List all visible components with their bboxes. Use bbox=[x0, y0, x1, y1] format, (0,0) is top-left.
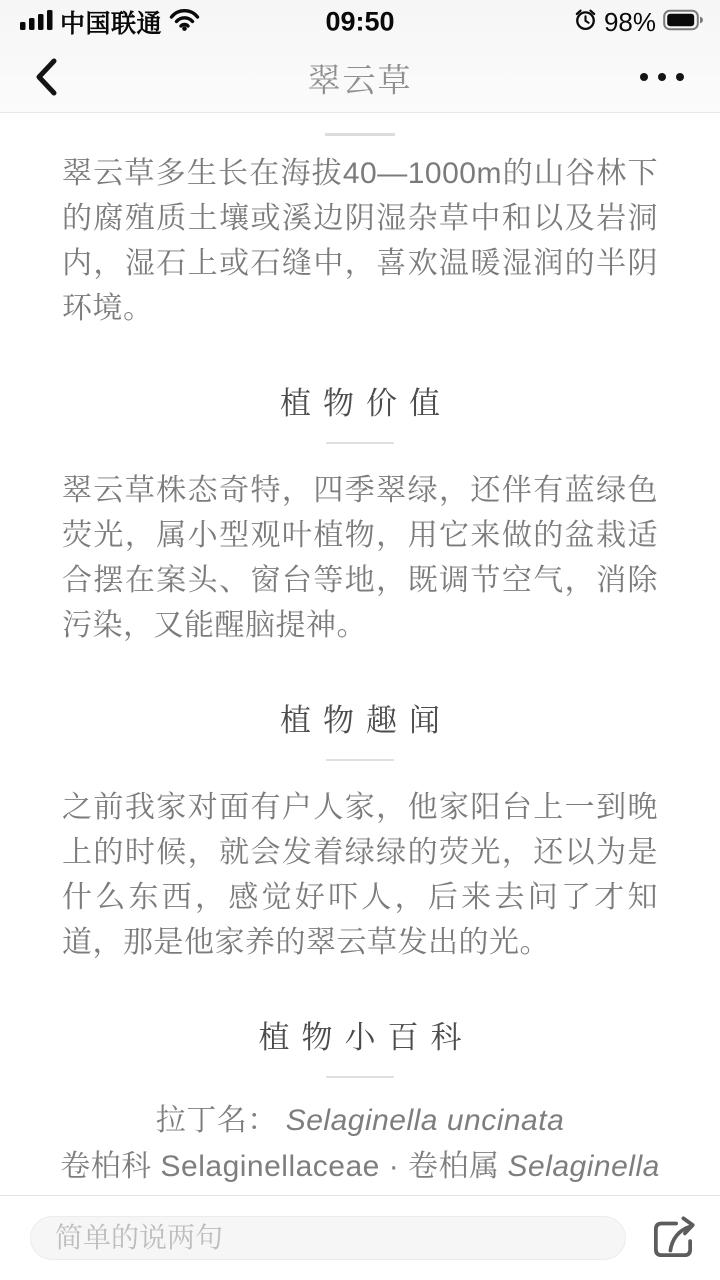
section-divider bbox=[326, 759, 394, 761]
section-divider-top bbox=[325, 133, 395, 136]
paragraph-anecdote: 之前我家对面有户人家，他家阳台上一到晚上的时候，就会发着绿绿的荧光，还以为是什么… bbox=[62, 785, 658, 965]
status-bar-left: 中国联通 bbox=[20, 4, 200, 40]
back-button[interactable] bbox=[30, 53, 62, 104]
ellipsis-icon bbox=[638, 70, 686, 87]
chevron-left-icon bbox=[34, 57, 58, 100]
genus-value: Selaginella bbox=[508, 1150, 660, 1183]
battery-percent: 98% bbox=[604, 7, 656, 38]
share-button[interactable] bbox=[644, 1210, 702, 1267]
status-bar-right: 98% bbox=[574, 7, 704, 38]
comment-bar bbox=[0, 1195, 720, 1280]
status-bar: 中国联通 09:50 bbox=[0, 0, 720, 44]
article-content: 翠云草多生长在海拔40—1000m的山谷林下的腐殖质土壤或溪边阴湿杂草中和以及岩… bbox=[0, 113, 720, 1280]
wifi-icon bbox=[169, 8, 200, 36]
status-time: 09:50 bbox=[325, 7, 394, 38]
section-title-anecdote: 植物趣闻 bbox=[0, 700, 720, 742]
family-text: 卷柏科 Selaginellaceae · 卷柏属 bbox=[60, 1150, 499, 1183]
latin-name-line: 拉丁名：Selaginella uncinata bbox=[0, 1098, 720, 1144]
comment-input[interactable] bbox=[30, 1216, 626, 1260]
paragraph-habitat: 翠云草多生长在海拔40—1000m的山谷林下的腐殖质土壤或溪边阴湿杂草中和以及岩… bbox=[62, 151, 658, 331]
cellular-signal-icon bbox=[20, 9, 53, 36]
section-title-value: 植物价值 bbox=[0, 383, 720, 425]
battery-icon bbox=[663, 9, 704, 36]
app-header: 中国联通 09:50 bbox=[0, 0, 720, 113]
carrier-label: 中国联通 bbox=[60, 4, 162, 40]
latin-name-label: 拉丁名： bbox=[156, 1104, 278, 1137]
latin-name-value: Selaginella uncinata bbox=[286, 1104, 565, 1137]
section-title-encyclopedia: 植物小百科 bbox=[0, 1017, 720, 1059]
page-title: 翠云草 bbox=[308, 55, 413, 102]
nav-bar: 翠云草 bbox=[0, 44, 720, 112]
section-divider bbox=[326, 1076, 394, 1078]
alarm-clock-icon bbox=[574, 8, 597, 36]
section-divider bbox=[326, 442, 394, 444]
app-screen: 中国联通 09:50 bbox=[0, 0, 720, 1280]
family-genus-line: 卷柏科 Selaginellaceae · 卷柏属Selaginella bbox=[0, 1144, 720, 1190]
paragraph-value: 翠云草株态奇特，四季翠绿，还伴有蓝绿色荧光，属小型观叶植物，用它来做的盆栽适合摆… bbox=[62, 468, 658, 648]
more-button[interactable] bbox=[634, 66, 690, 91]
share-arrow-icon bbox=[646, 1212, 700, 1265]
